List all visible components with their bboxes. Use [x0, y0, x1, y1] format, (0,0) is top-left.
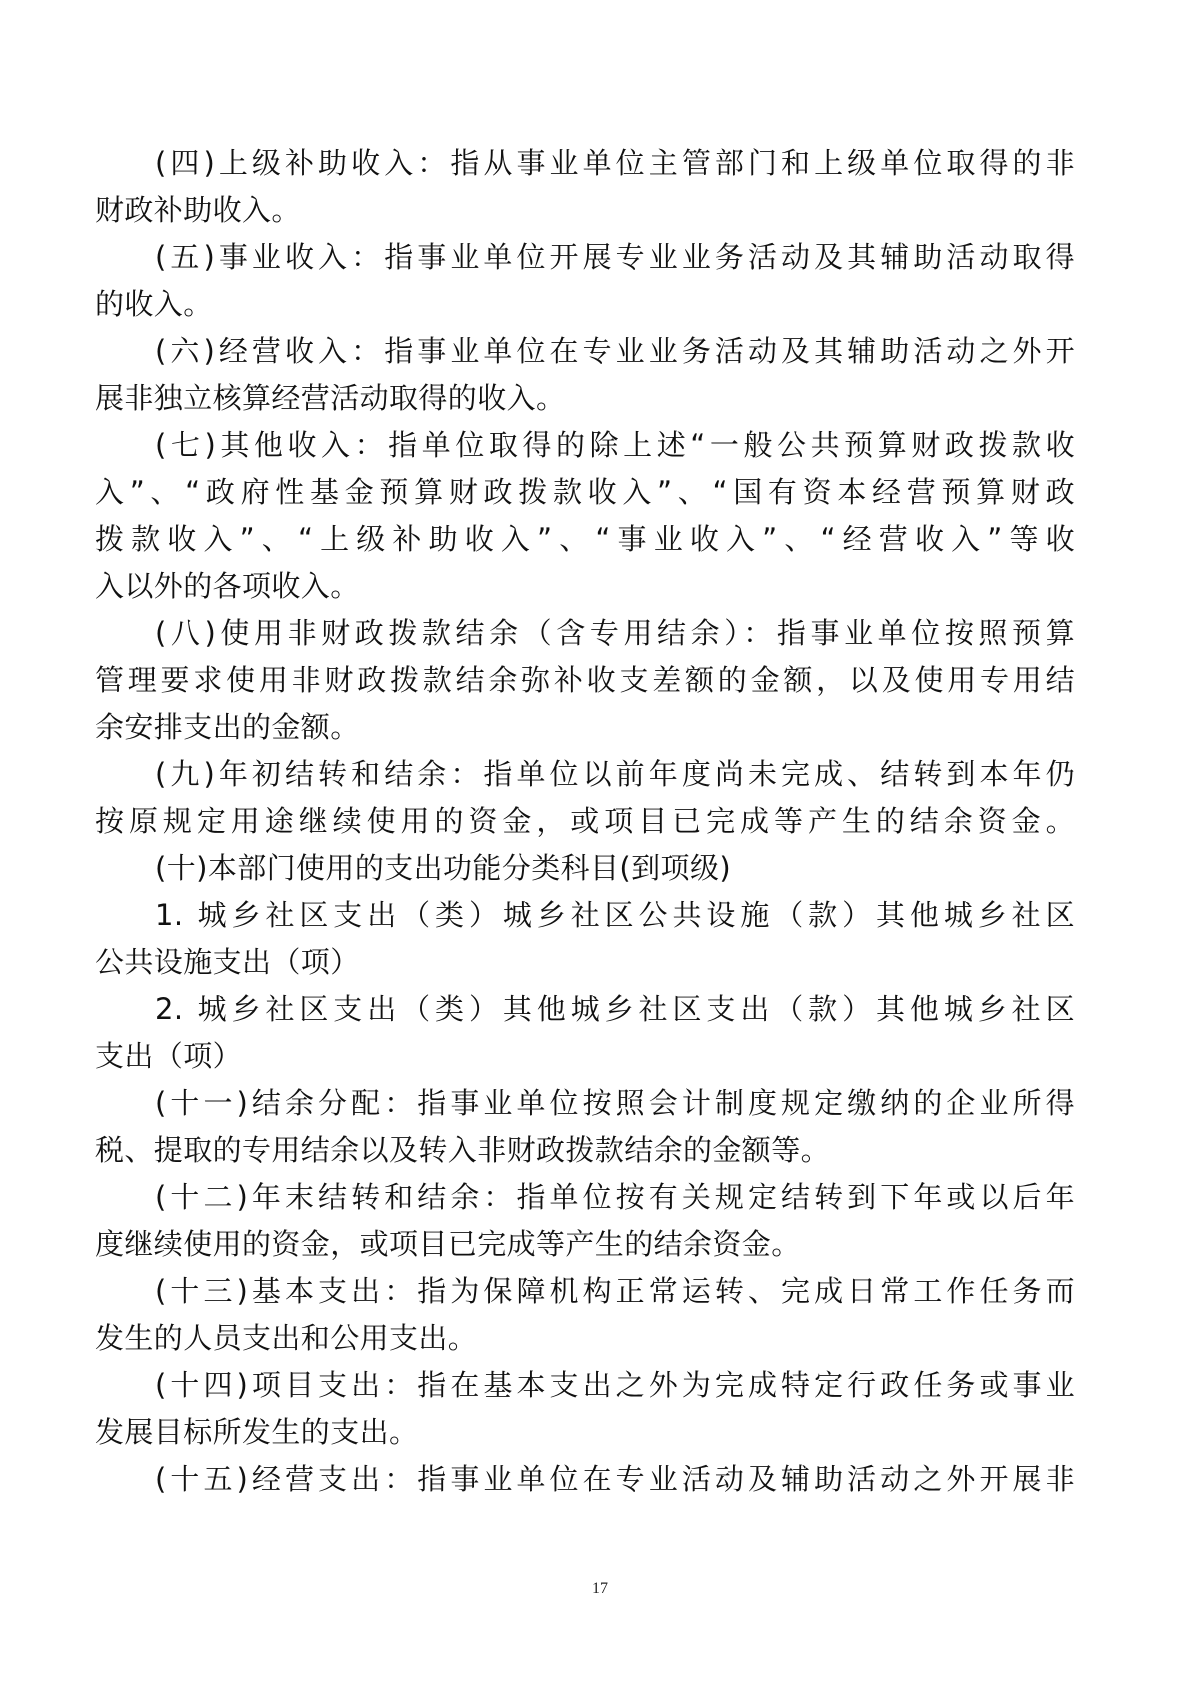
text-line: 的收入。 [95, 284, 1075, 324]
text-line: 余安排支出的金额。 [95, 707, 1075, 747]
text-line: 展非独立核算经营活动取得的收入。 [95, 378, 1075, 418]
page-number: 17 [0, 1580, 1200, 1598]
text-line: 发生的人员支出和公用支出。 [95, 1318, 1075, 1358]
text-line: (十三)基本支出：指为保障机构正常运转、完成日常工作任务而 [155, 1271, 1075, 1311]
text-line: (四)上级补助收入：指从事业单位主管部门和上级单位取得的非 [155, 143, 1075, 183]
text-line: (十一)结余分配：指事业单位按照会计制度规定缴纳的企业所得 [155, 1083, 1075, 1123]
text-line: 2. 城乡社区支出（类）其他城乡社区支出（款）其他城乡社区 [155, 989, 1075, 1029]
text-line: (八)使用非财政拨款结余（含专用结余）：指事业单位按照预算 [155, 613, 1075, 653]
text-line: 税、提取的专用结余以及转入非财政拨款结余的金额等。 [95, 1130, 1075, 1170]
text-line: (十)本部门使用的支出功能分类科目(到项级) [155, 848, 1075, 888]
text-line: (十四)项目支出：指在基本支出之外为完成特定行政任务或事业 [155, 1365, 1075, 1405]
text-line: 度继续使用的资金，或项目已完成等产生的结余资金。 [95, 1224, 1075, 1264]
text-line: 公共设施支出（项） [95, 942, 1075, 982]
text-line: (五)事业收入：指事业单位开展专业业务活动及其辅助活动取得 [155, 237, 1075, 277]
text-line: (六)经营收入：指事业单位在专业业务活动及其辅助活动之外开 [155, 331, 1075, 371]
text-line: 入”、“政府性基金预算财政拨款收入”、“国有资本经营预算财政 [95, 472, 1075, 512]
text-line: (十二)年末结转和结余：指单位按有关规定结转到下年或以后年 [155, 1177, 1075, 1217]
text-line: 入以外的各项收入。 [95, 566, 1075, 606]
document-page: (四)上级补助收入：指从事业单位主管部门和上级单位取得的非财政补助收入。(五)事… [0, 0, 1200, 1697]
text-line: 支出（项） [95, 1036, 1075, 1076]
text-line: (七)其他收入：指单位取得的除上述“一般公共预算财政拨款收 [155, 425, 1075, 465]
text-line: 发展目标所发生的支出。 [95, 1412, 1075, 1452]
text-line: (十五)经营支出：指事业单位在专业活动及辅助活动之外开展非 [155, 1459, 1075, 1499]
text-line: 拨款收入”、“上级补助收入”、“事业收入”、“经营收入”等收 [95, 519, 1075, 559]
text-line: (九)年初结转和结余：指单位以前年度尚未完成、结转到本年仍 [155, 754, 1075, 794]
text-line: 财政补助收入。 [95, 190, 1075, 230]
text-line: 管理要求使用非财政拨款结余弥补收支差额的金额，以及使用专用结 [95, 660, 1075, 700]
text-line: 1. 城乡社区支出（类）城乡社区公共设施（款）其他城乡社区 [155, 895, 1075, 935]
text-line: 按原规定用途继续使用的资金，或项目已完成等产生的结余资金。 [95, 801, 1075, 841]
